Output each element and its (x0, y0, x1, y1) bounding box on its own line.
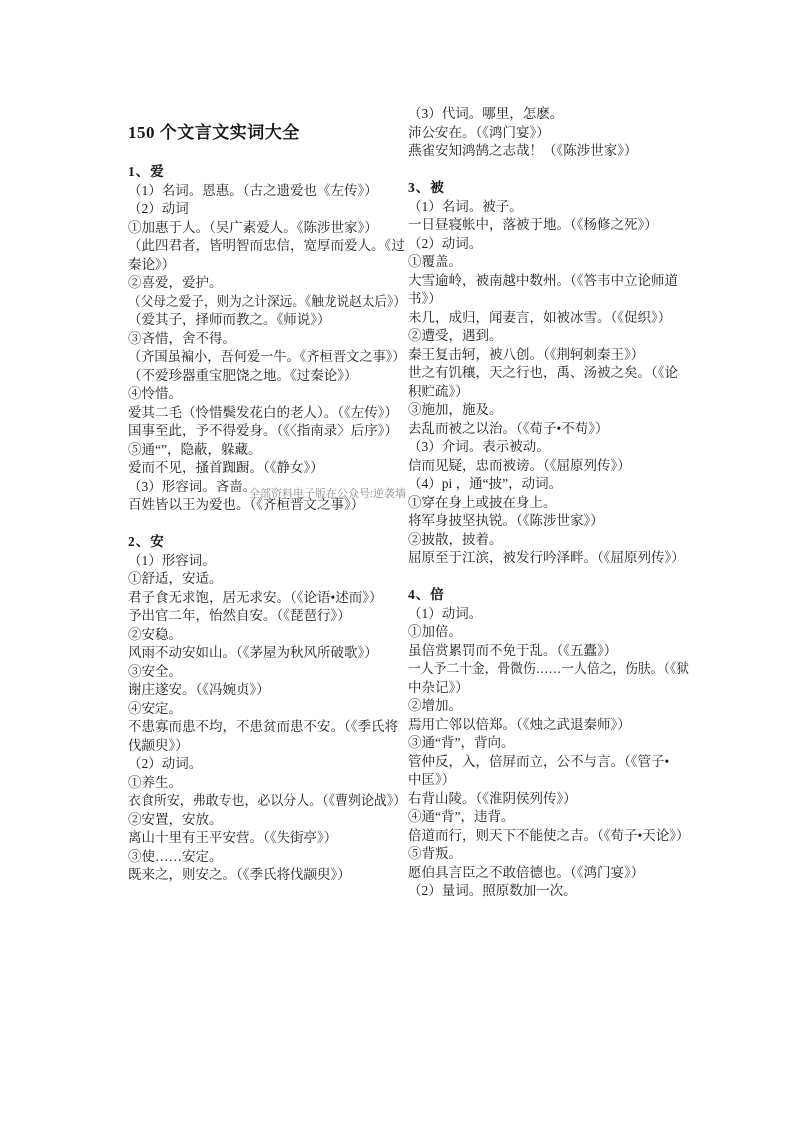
text-line: 虽倍赏累罚而不免于乱。（《五蠹》） (408, 642, 689, 661)
text-line: 将军身披坚执锐。（《陈涉世家》） (408, 512, 689, 531)
text-line: 不患寡而患不均，不患贫而患不安。（《季氏将 (128, 718, 406, 737)
watermark-text: 全部资料电子版在公众号:逆袭墙 (249, 487, 406, 502)
text-line: （3）代词。哪里，怎麽。 (408, 105, 689, 124)
text-line: 管仲反，入，倍屏而立，公不与言。（《管子• (408, 753, 689, 772)
text-line: ③施加，施及。 (408, 401, 689, 420)
text-line: ②增加。 (408, 697, 689, 716)
section-heading: 2、安 (128, 533, 406, 552)
text-line: ④安定。 (128, 700, 406, 719)
text-line: 燕雀安知鸿鹄之志哉！（《陈涉世家》） (408, 142, 689, 161)
text-line: 君子食无求饱，居无求安。（《论语•述而》） (128, 589, 406, 608)
section-heading: 1、爱 (128, 163, 406, 182)
text-line: 屈原至于江滨，被发行吟泽畔。（《屈原列传》） (408, 549, 689, 568)
text-line: 秦论》） (128, 256, 406, 275)
text-line: （1）名词。恩惠。（古之遗爱也《左传》） (128, 182, 406, 201)
text-line: ②喜爱，爱护。 (128, 274, 406, 293)
text-line: ③安全。 (128, 663, 406, 682)
text-line: （4）pi ，通“披”，动词。 (408, 475, 689, 494)
text-line: ①养生。 (128, 774, 406, 793)
blank-line (408, 568, 689, 587)
left-column: 1、爱（1）名词。恩惠。（古之遗爱也《左传》）（2）动词①加惠于人。（吴广素爱人… (128, 163, 406, 885)
text-line: （不爱珍器重宝肥饶之地。《过秦论》） (128, 367, 406, 386)
right-column: （3）代词。哪里，怎麽。沛公安在。（《鸿门宴》）燕雀安知鸿鹄之志哉！（《陈涉世家… (408, 105, 689, 901)
text-line: 伐颛臾》） (128, 737, 406, 756)
text-line: ④通“背”，违背。 (408, 808, 689, 827)
section-heading: 3、被 (408, 179, 689, 198)
text-line: （1）名词。被子。 (408, 198, 689, 217)
text-line: 爱而不见，搔首踟蹰。（《静女》） (128, 459, 406, 478)
text-line: 未几，成归，闻妻言，如被冰雪。（《促织》） (408, 309, 689, 328)
text-line: 书》） (408, 290, 689, 309)
document-title: 150 个文言文实词大全 (128, 118, 300, 143)
text-line: ⑤背叛。 (408, 845, 689, 864)
text-line: 倍道而行，则天下不能使之吉。（《荀子•天论》） (408, 827, 689, 846)
text-line: ①舒适，安适。 (128, 570, 406, 589)
text-line: 谢庄遂安。（《冯婉贞》） (128, 681, 406, 700)
text-line: 世之有饥穰，天之行也，禹、汤被之矣。（《论 (408, 364, 689, 383)
text-line: ②安稳。 (128, 626, 406, 645)
text-line: （2）动词。 (128, 755, 406, 774)
blank-line (128, 515, 406, 534)
text-line: 衣食所安，弗敢专也，必以分人。（《曹刿论战》） (128, 792, 394, 811)
text-line: （父母之爱子，则为之计深远。《触龙说赵太后》） (128, 293, 388, 312)
text-line: 大雪逾岭，被南越中数州。（《答韦中立论师道 (408, 272, 689, 291)
text-line: ①覆盖。 (408, 253, 689, 272)
text-line: （3）介词。表示被动。 (408, 438, 689, 457)
text-line: 一人予二十金，骨微伤……一人倍之，伤肤。（《狱 (408, 660, 674, 679)
text-line: 国事至此，予不得爱身。（《〈指南录〉后序》） (128, 422, 406, 441)
text-line: ④怜惜。 (128, 385, 406, 404)
blank-line (408, 161, 689, 180)
text-line: （2）量词。照原数加一次。 (408, 882, 689, 901)
text-line: （1）形容词。 (128, 552, 406, 571)
text-line: 秦王复击轲，被八创。（《荆轲刺秦王》） (408, 346, 689, 365)
document-page: 150 个文言文实词大全 1、爱（1）名词。恩惠。（古之遗爱也《左传》）（2）动… (0, 0, 800, 1132)
text-line: 离山十里有王平安营。（《失街亭》） (128, 829, 406, 848)
text-line: 去乱而被之以治。（《荀子•不苟》） (408, 420, 689, 439)
text-line: ①加倍。 (408, 623, 689, 642)
text-line: 既来之，则安之。（《季氏将伐颛臾》） (128, 866, 406, 885)
text-line: ③吝惜，舍不得。 (128, 330, 406, 349)
text-line: 沛公安在。（《鸿门宴》） (408, 124, 689, 143)
text-line: （齐国虽褊小，吾何爱一牛。《齐桓晋文之事》） (128, 348, 400, 367)
text-line: 爱其二毛（怜惜鬓发花白的老人）。（《左传》） (128, 404, 406, 423)
text-line: （此四君者，皆明智而忠信，宽厚而爱人。《过 (128, 237, 406, 256)
text-line: 风雨不动安如山。（《茅屋为秋风所破歌》） (128, 644, 406, 663)
text-line: 信而见疑，忠而被谤。（《屈原列传》） (408, 457, 689, 476)
text-line: （2）动词。 (408, 235, 689, 254)
text-line: ⑤通“”，隐蔽，躲藏。 (128, 441, 406, 460)
text-line: 右背山陵。（《淮阴侯列传》） (408, 790, 689, 809)
text-line: 中杂记》） (408, 679, 689, 698)
text-line: 焉用亡邻以倍郑。（《烛之武退秦师》） (408, 716, 689, 735)
text-line: ②安置，安放。 (128, 811, 406, 830)
text-line: ②披散，披着。 (408, 531, 689, 550)
text-line: 积贮疏》） (408, 383, 689, 402)
text-line: ③通“背”，背向。 (408, 734, 689, 753)
text-line: 一日昼寝帐中，落被于地。（《杨修之死》） (408, 216, 689, 235)
text-line: 予出官二年，怡然自安。（《琵琶行》） (128, 607, 406, 626)
text-line: 中匡》） (408, 771, 689, 790)
text-line: ①穿在身上或披在身上。 (408, 494, 689, 513)
section-heading: 4、倍 (408, 586, 689, 605)
text-line: ②遭受，遇到。 (408, 327, 689, 346)
text-line: 愿伯具言臣之不敢倍德也。（《鸿门宴》） (408, 864, 689, 883)
text-line: ①加惠于人。（吴广素爱人。《陈涉世家》） (128, 219, 406, 238)
text-line: ③使……安定。 (128, 848, 406, 867)
text-line: （爱其子，择师而教之。《师说》） (128, 311, 406, 330)
text-line: （1）动词。 (408, 605, 689, 624)
text-line: （2）动词 (128, 200, 406, 219)
